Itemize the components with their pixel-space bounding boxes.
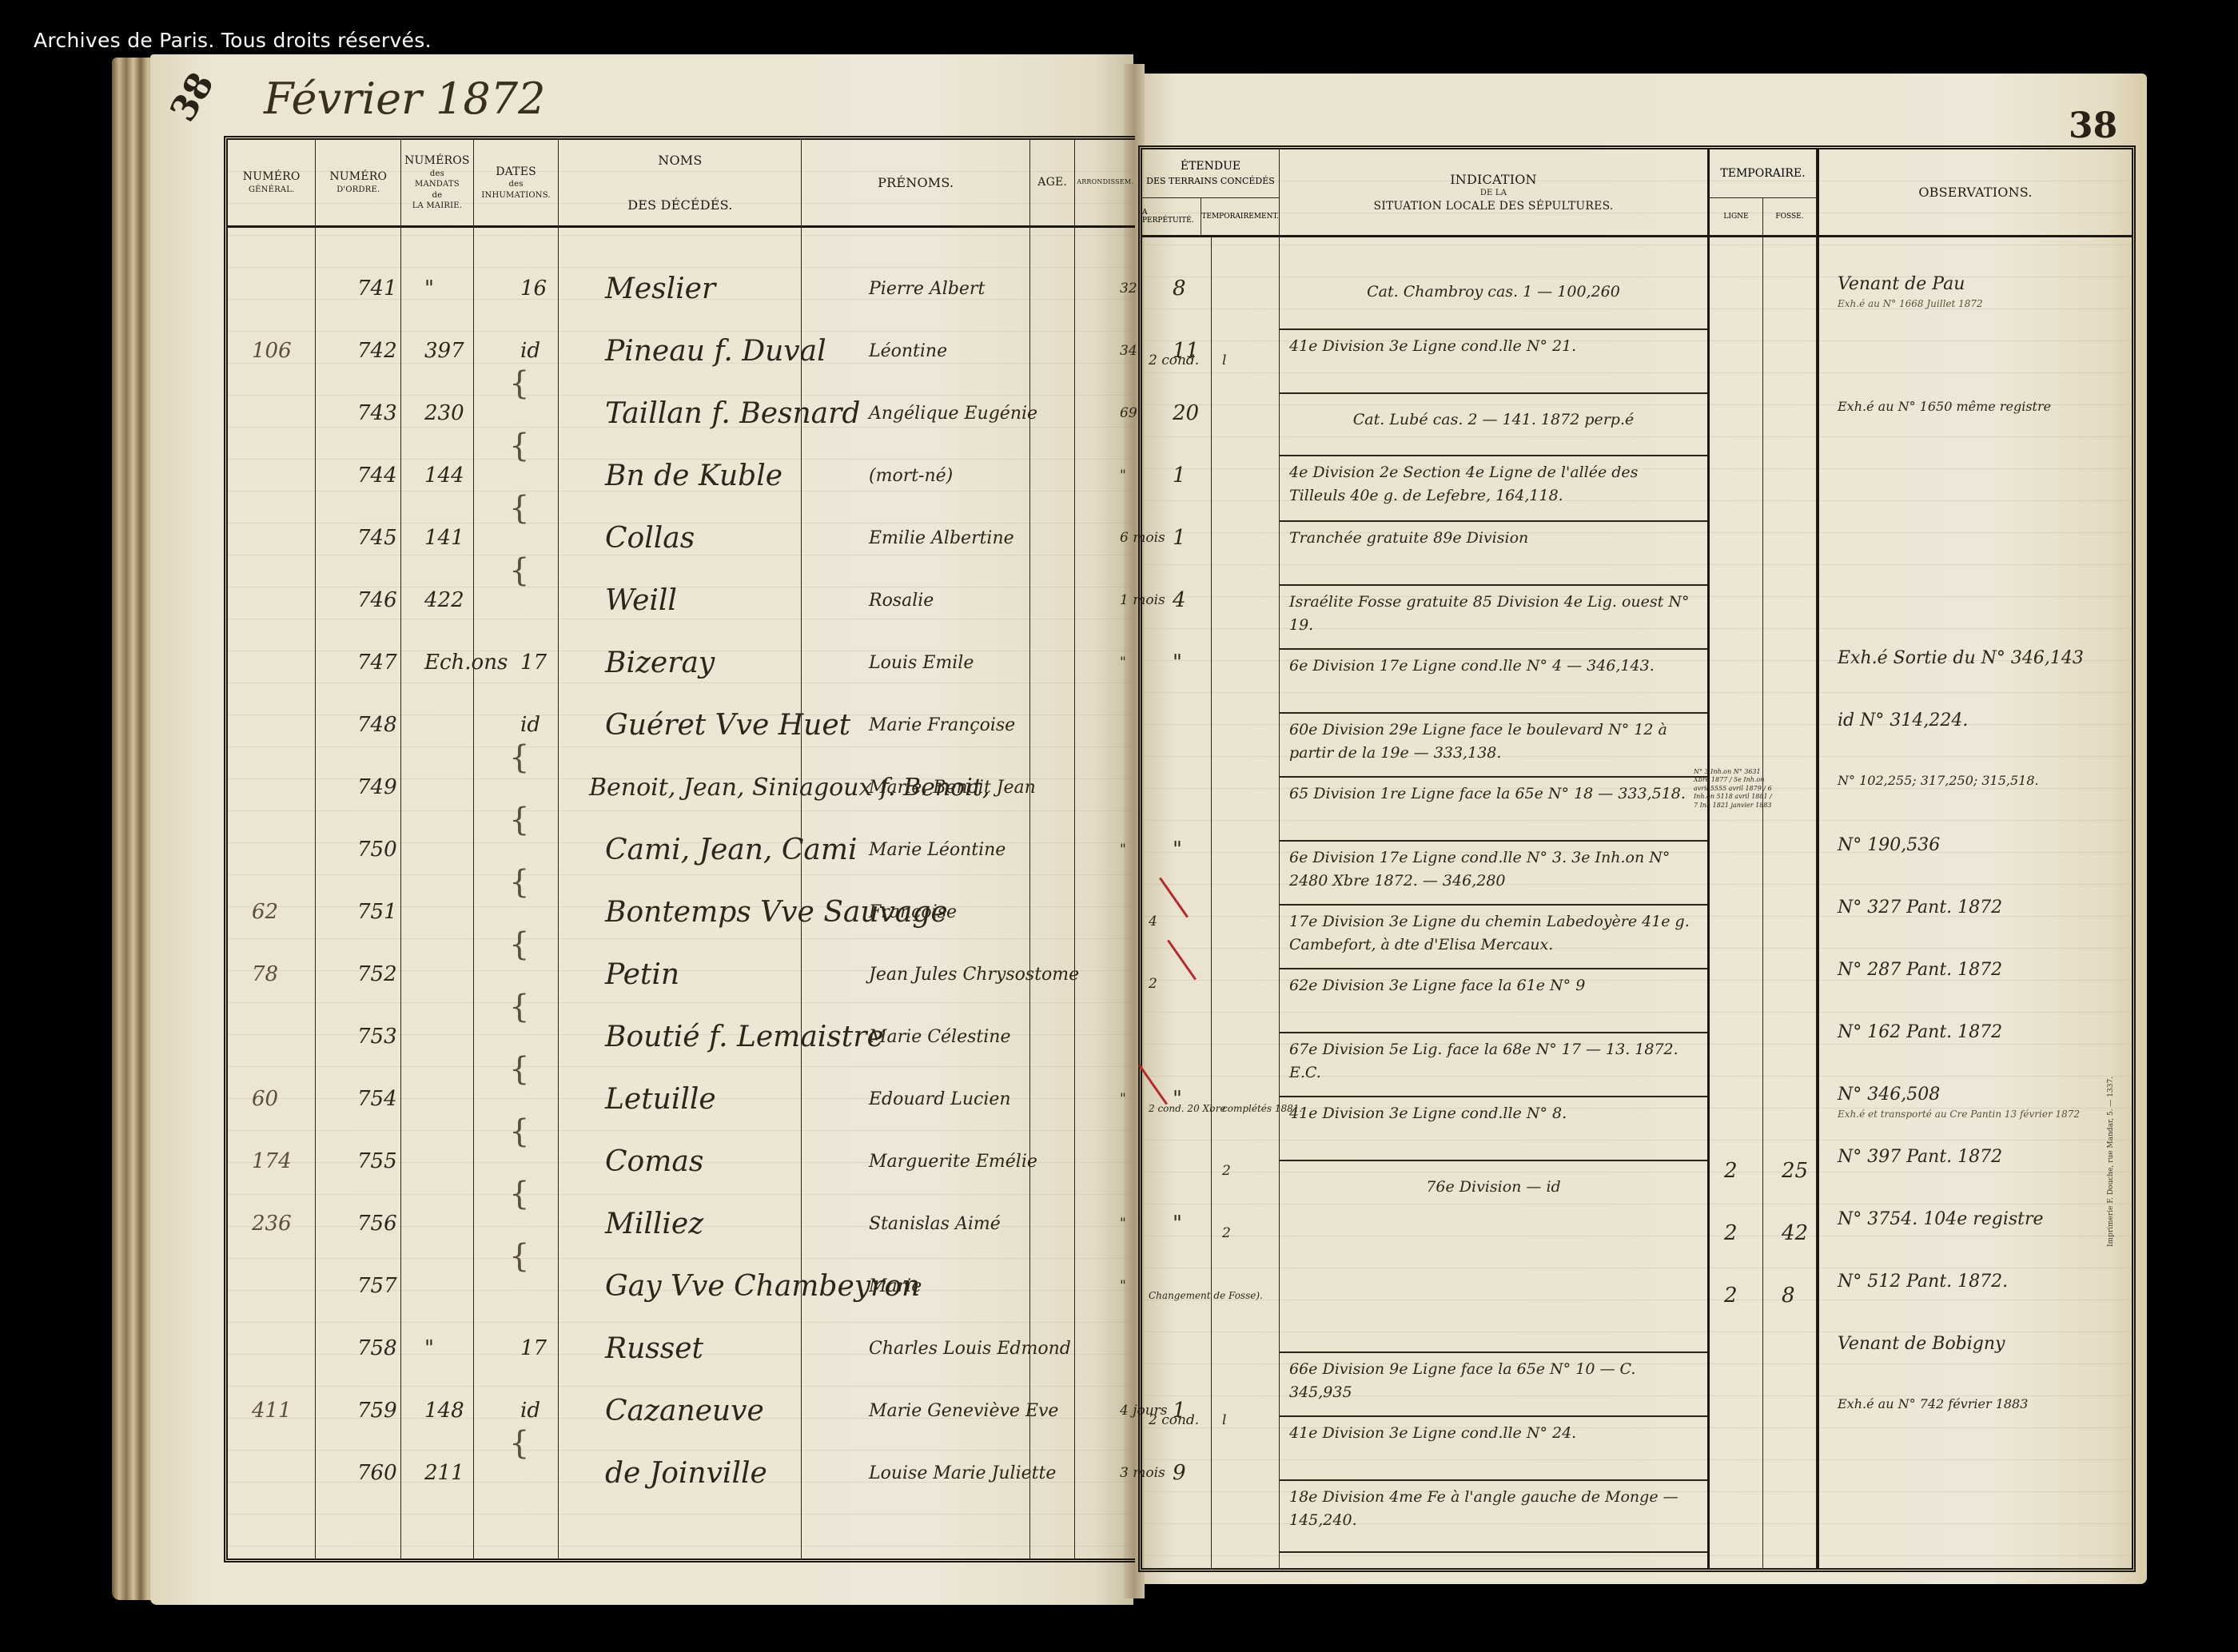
header-dates-inhumations-line: DATES — [496, 165, 536, 180]
ledger-row: 78752PetinJean Jules Chrysostome — [228, 942, 1135, 1006]
cell-nom: Collas — [605, 506, 695, 570]
cell-nom: Letuille — [605, 1067, 716, 1131]
cell-ordre: 749 — [357, 755, 397, 819]
cell-nom: Cami, Jean, Cami — [605, 818, 857, 882]
cell-mandat: " — [424, 1316, 434, 1380]
cell-nom: Meslier — [605, 257, 715, 320]
concession-temporairement: complétés 1881. — [1222, 1077, 1302, 1140]
temporaire-ligne: 2 — [1724, 1201, 1738, 1265]
ledger-row: 743230Taillan f. BesnardAngélique Eugéni… — [228, 381, 1135, 445]
header-numero-ordre-line: D'ORDRE. — [336, 185, 380, 196]
ledger-row: 753Boutié f. LemaistreMarie Célestine — [228, 1005, 1135, 1069]
header-numero-ordre-line: NUMÉRO — [329, 169, 387, 185]
cell-mandat: " — [424, 257, 434, 320]
cell-prenoms: Marie Célestine — [869, 1005, 1010, 1069]
ledger-row: 741"16MeslierPierre Albert328 — [228, 257, 1135, 320]
cell-mandat: 148 — [424, 1379, 464, 1443]
cell-prenoms: Marguerite Emélie — [869, 1129, 1037, 1193]
cell-ordre: 758 — [357, 1316, 397, 1380]
ledger-row: 60754LetuilleEdouard Lucien"" — [228, 1067, 1135, 1131]
cell-mandat: 230 — [424, 381, 464, 445]
observation-entry: Venant de Pau — [1838, 274, 1965, 294]
etendue-sub-temporairement: TEMPORAIREMENT. — [1201, 198, 1279, 235]
header-numeros-mandats-line: NUMÉROS — [404, 153, 470, 169]
temporaire-ligne: 2 — [1724, 1264, 1738, 1328]
observation-entry: N° 190,536 — [1838, 835, 1940, 855]
header-dates-inhumations-line: des — [509, 179, 524, 190]
cell-ordre: 753 — [357, 1005, 397, 1069]
cell-nom: Milliez — [605, 1192, 703, 1256]
cell-age: " — [1120, 1067, 1126, 1131]
concession-temporairement: l — [1222, 328, 1226, 392]
cell-nom: Pineau f. Duval — [605, 319, 826, 383]
observation-subnote: Exh.é et transporté au Cre Pantin 13 fév… — [1838, 1109, 2080, 1120]
right-ledger-rows: 2 cond.l422 cond. 20 Xbrecomplétés 1881.… — [1142, 242, 2132, 1568]
ledger-row: 746422WeillRosalie1 mois4 — [228, 568, 1135, 632]
header-age-line: AGE. — [1037, 175, 1067, 190]
cell-ordre: 750 — [357, 818, 397, 882]
margin-note-reinhumations: N° 3 Inh.on N° 3631 Xbre 1877 / 5e Inh.o… — [1694, 768, 1774, 810]
etendue-title-1: ÉTENDUE — [1181, 158, 1240, 175]
observations-title: OBSERVATIONS. — [1918, 184, 2032, 201]
concession-perpetuite: 2 cond. — [1149, 328, 1199, 392]
temporaire-fosse: 25 — [1782, 1139, 1808, 1203]
header-prenoms-line: PRÉNOMS. — [878, 174, 954, 192]
header-noms-line: NOMS — [658, 152, 702, 169]
cell-ordre: 742 — [357, 319, 397, 383]
cell-age: " — [1120, 1192, 1126, 1256]
cell-prenoms: Marie Léontine — [869, 818, 1006, 882]
header-arrondissement-line: ARRONDISSEM. — [1077, 178, 1133, 187]
header-numeros-mandats-line: des — [430, 169, 444, 180]
month-heading: Février 1872 — [264, 74, 545, 124]
ledger-row: 749Benoit, Jean, Siniagoux f. Benoit,Mar… — [228, 755, 1135, 819]
right-folio-number: 38 — [2069, 105, 2117, 146]
cell-ordre: 747 — [357, 631, 397, 695]
ledger-row: 748idGuéret Vve HuetMarie Françoise — [228, 693, 1135, 757]
cell-ordre: 748 — [357, 693, 397, 757]
cell-nom: Bn de Kuble — [605, 444, 783, 508]
cell-prenoms: Marie Françoise — [869, 693, 1015, 757]
cell-ordre: 743 — [357, 381, 397, 445]
cell-prenoms: Louis Emile — [869, 631, 974, 695]
cell-ordre: 744 — [357, 444, 397, 508]
cell-prenoms: Françoise — [869, 880, 957, 944]
cell-nom: Boutié f. Lemaistre — [605, 1005, 884, 1069]
cell-ordre: 751 — [357, 880, 397, 944]
observation-subnote: Exh.é au N° 1668 Juillet 1872 — [1838, 298, 1983, 309]
cell-mandat: 211 — [424, 1441, 464, 1505]
cell-nom: de Joinville — [605, 1441, 767, 1505]
cell-ordre: 759 — [357, 1379, 397, 1443]
cell-nom: Weill — [605, 568, 677, 632]
cell-ordre: 746 — [357, 568, 397, 632]
cell-nom: Russet — [605, 1316, 703, 1380]
cell-general: 236 — [252, 1192, 292, 1256]
observation-entry: N° 512 Pant. 1872. — [1838, 1272, 2008, 1292]
cell-prenoms: Pierre Albert — [869, 257, 985, 320]
temporaire-sub-ligne: LIGNE — [1710, 198, 1763, 235]
cell-prenoms: Angélique Eugénie — [869, 381, 1037, 445]
right-ledger-table: ÉTENDUE DES TERRAINS CONCÉDÉS A PERPÉTUI… — [1138, 145, 2136, 1572]
ledger-row: 760211de JoinvilleLouise Marie Juliette3… — [228, 1441, 1135, 1505]
cell-age: " — [1120, 631, 1126, 695]
observation-entry: N° 397 Pant. 1872 — [1838, 1147, 2002, 1167]
cell-nom: Cazaneuve — [605, 1379, 764, 1443]
cell-prenoms: Rosalie — [869, 568, 934, 632]
concession-temporairement: l — [1222, 1388, 1226, 1452]
etendue-title-2: DES TERRAINS CONCÉDÉS — [1146, 175, 1275, 189]
header-numeros-mandats-line: de — [432, 190, 443, 201]
concession-perpetuite: 2 cond. 20 Xbre — [1149, 1077, 1226, 1140]
cell-general: 106 — [252, 319, 292, 383]
cell-prenoms: Stanislas Aimé — [869, 1192, 1001, 1256]
cell-prenoms: Emilie Albertine — [869, 506, 1014, 570]
temporaire-sub-fosse: FOSSE. — [1763, 198, 1816, 235]
cell-prenoms: Marie Geneviève Eve — [869, 1379, 1058, 1443]
ledger-row: 757Gay Vve ChambeyronMarie" — [228, 1254, 1135, 1318]
ledger-row: 236756MilliezStanislas Aimé"" — [228, 1192, 1135, 1256]
ledger-row: 745141CollasEmilie Albertine6 mois1 — [228, 506, 1135, 570]
temporaire-title: TEMPORAIRE. — [1720, 165, 1805, 182]
observation-entry: Exh.é Sortie du N° 346,143 — [1838, 648, 2084, 668]
ledger-row: 747Ech.ons17BizerayLouis Emile"" — [228, 631, 1135, 695]
cell-ordre: 760 — [357, 1441, 397, 1505]
indication-title-1: INDICATION — [1450, 171, 1537, 189]
cell-mandat: 422 — [424, 568, 464, 632]
cell-general: 78 — [252, 942, 278, 1006]
etendue-sub-perpetuite: A PERPÉTUITÉ. — [1142, 198, 1201, 235]
header-numeros-mandats-line: LA MAIRIE. — [412, 201, 462, 212]
cell-ordre: 755 — [357, 1129, 397, 1193]
cell-nom: Guéret Vve Huet — [605, 693, 850, 757]
concession-perpetuite: Changement de Fosse). — [1149, 1264, 1263, 1328]
concession-perpetuite: 4 — [1149, 890, 1157, 953]
cell-prenoms: Marie — [869, 1254, 922, 1318]
archive-watermark: Archives de Paris. Tous droits réservés. — [34, 29, 432, 52]
temporaire-fosse: 42 — [1782, 1201, 1808, 1265]
cell-general: 62 — [252, 880, 278, 944]
cell-mandat: 397 — [424, 319, 464, 383]
cell-prenoms: Jean Jules Chrysostome — [869, 942, 1079, 1006]
cell-ordre: 754 — [357, 1067, 397, 1131]
ledger-row: 411759148idCazaneuveMarie Geneviève Eve4… — [228, 1379, 1135, 1443]
cell-age: " — [1120, 444, 1126, 508]
concession-perpetuite: 2 — [1149, 952, 1157, 1016]
header-dates-inhumations-line: INHUMATIONS. — [481, 190, 550, 201]
indication-title-3: SITUATION LOCALE DES SÉPULTURES. — [1373, 199, 1613, 214]
cell-nom: Bizeray — [605, 631, 715, 695]
left-ledger-rows: 741"16MeslierPierre Albert328106742397id… — [228, 233, 1135, 1558]
cell-ordre: 756 — [357, 1192, 397, 1256]
cell-ordre: 741 — [357, 257, 397, 320]
observation-entry: Exh.é au N° 742 février 1883 — [1838, 1396, 2028, 1411]
cell-mandat: Ech.ons — [424, 631, 508, 695]
ledger-row: 744144Bn de Kuble(mort-né)"1 — [228, 444, 1135, 508]
cell-ordre: 757 — [357, 1254, 397, 1318]
ditto-brace-mark: {{{{{{{{{{{{{{ — [509, 352, 529, 1475]
observation-entry: N° 102,255; 317,250; 315,518. — [1838, 773, 2039, 788]
cell-age: 69 — [1120, 381, 1137, 445]
left-ledger-table: NUMÉROGÉNÉRAL.NUMÉROD'ORDRE.NUMÉROSdesMA… — [224, 136, 1135, 1562]
header-numero-general-line: NUMÉRO — [243, 169, 301, 185]
cell-mandat: 144 — [424, 444, 464, 508]
cell-age: 34 — [1120, 319, 1137, 383]
cell-general: 411 — [252, 1379, 292, 1443]
observation-entry: id N° 314,224. — [1838, 711, 1968, 730]
cell-date: 16 — [520, 257, 547, 320]
observation-entry: N° 346,508 — [1838, 1085, 1940, 1105]
ledger-row: 62751Bontemps Vve SauvageFrançoise — [228, 880, 1135, 944]
printer-imprint: Imprimerie F. Douche, rue Mandar, 5. — 1… — [2107, 1077, 2115, 1247]
indication-title-2: DE LA — [1480, 188, 1507, 199]
cell-prenoms: Léontine — [869, 319, 947, 383]
cell-nom: Petin — [605, 942, 679, 1006]
cell-general: 174 — [252, 1129, 292, 1193]
ledger-row: 750Cami, Jean, CamiMarie Léontine"" — [228, 818, 1135, 882]
observation-entry: N° 162 Pant. 1872 — [1838, 1022, 2002, 1042]
ledger-row: 174755ComasMarguerite Emélie — [228, 1129, 1135, 1193]
header-numero-general-line: GÉNÉRAL. — [249, 185, 295, 196]
cell-age: " — [1120, 818, 1126, 882]
concession-temporairement: 2 — [1222, 1201, 1231, 1265]
header-numeros-mandats-line: MANDATS — [415, 179, 460, 190]
cell-prenoms: Marie, Benoit Jean — [869, 755, 1036, 819]
concession-perpetuite: 2 cond. — [1149, 1388, 1199, 1452]
cell-ordre: 745 — [357, 506, 397, 570]
observation-entry: N° 3754. 104e registre — [1838, 1209, 2044, 1229]
concession-temporairement: 2 — [1222, 1139, 1231, 1203]
red-correction-mark — [1159, 878, 1189, 918]
cell-prenoms: Louise Marie Juliette — [869, 1441, 1056, 1505]
ledger-row: 758"17RussetCharles Louis Edmond — [228, 1316, 1135, 1380]
observation-entry: Venant de Bobigny — [1838, 1334, 2005, 1354]
observation-entry: N° 327 Pant. 1872 — [1838, 898, 2002, 918]
cell-prenoms: (mort-né) — [869, 444, 953, 508]
temporaire-ligne: 2 — [1724, 1139, 1738, 1203]
cell-nom: Taillan f. Besnard — [605, 381, 860, 445]
cell-age: 32 — [1120, 257, 1137, 320]
ledger-row: 106742397idPineau f. DuvalLéontine3411 — [228, 319, 1135, 383]
observation-entry: Exh.é au N° 1650 même registre — [1838, 399, 2051, 414]
red-correction-mark — [1167, 940, 1197, 981]
temporaire-fosse: 8 — [1782, 1264, 1795, 1328]
cell-age: " — [1120, 1254, 1126, 1318]
cell-mandat: 141 — [424, 506, 464, 570]
header-noms-line: DES DÉCÉDÉS. — [627, 197, 732, 214]
cell-general: 60 — [252, 1067, 278, 1131]
cell-nom: Comas — [605, 1129, 703, 1193]
observation-entry: N° 287 Pant. 1872 — [1838, 960, 2002, 980]
cell-ordre: 752 — [357, 942, 397, 1006]
cell-prenoms: Edouard Lucien — [869, 1067, 1011, 1131]
cell-prenoms: Charles Louis Edmond — [869, 1316, 1071, 1380]
